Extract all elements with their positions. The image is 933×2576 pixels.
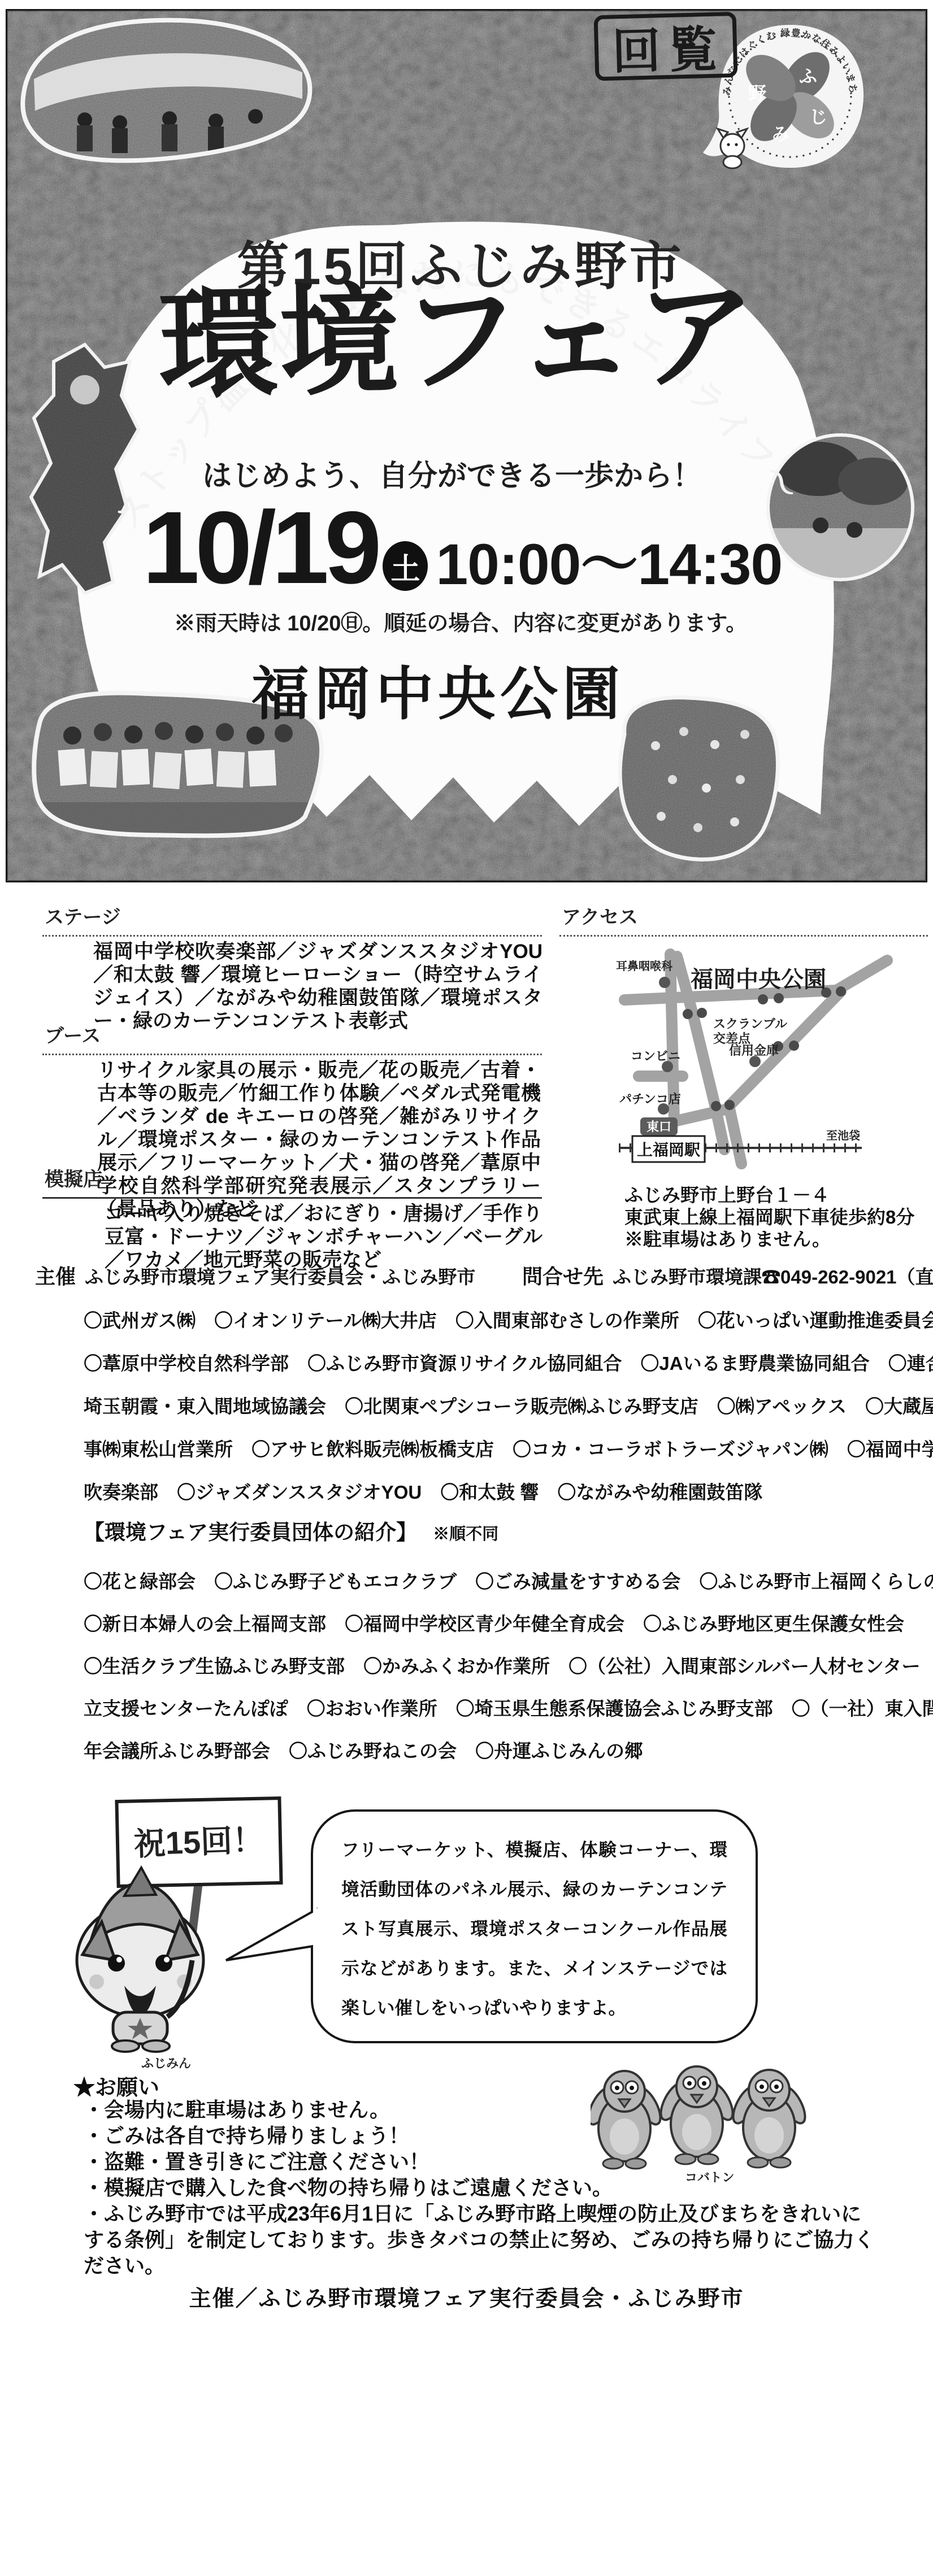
organizer-label: 主催 [35, 1265, 76, 1288]
access-heading: アクセス [559, 902, 928, 937]
mascot-speech-bubble: フリーマーケット、模擬店、体験コーナー、環境活動団体のパネル展示、緑のカーテンコ… [311, 1809, 758, 2043]
kairan-stamp: 回覧 [594, 12, 738, 81]
event-time: 10:00〜14:30 [436, 536, 782, 593]
svg-text:じ: じ [809, 107, 827, 127]
committee-heading-text: 【環境フェア実行委員団体の紹介】 [84, 1521, 417, 1544]
sponsor-line: 〇武州ガス㈱ 〇イオンリテール㈱大井店 〇入間東部むさしの作業所 〇花いっぱい運… [84, 1299, 875, 1342]
map-label-scramble: スクランブル [713, 1017, 788, 1031]
contact-info: 問合せ先ふじみ野市環境課☎049-262-9021（直通） [522, 1261, 933, 1290]
committee-note: ※順不同 [433, 1525, 498, 1543]
organizer-row: 主催ふじみ野市環境フェア実行委員会・ふじみ野市 問合せ先ふじみ野市環境課☎049… [35, 1261, 917, 1290]
map-east-exit-badge: 東口 [640, 1117, 678, 1135]
committee-heading: 【環境フェア実行委員団体の紹介】※順不同 [84, 1515, 498, 1546]
svg-text:祝15回！: 祝15回！ [133, 1822, 264, 1862]
access-map: 耳鼻咽喉科 福岡中央公園 スクランブル 交差点 信用金庫 コンビニ パチンコ店 … [565, 941, 930, 1189]
mascot-fujimin [77, 1868, 203, 2052]
event-title: 環境フェア [78, 273, 837, 406]
event-date: 10/19 [142, 496, 377, 599]
map-label-park: 福岡中央公園 [691, 967, 826, 992]
booth-heading: ブース [42, 1020, 542, 1055]
map-label-ent-clinic: 耳鼻咽喉科 [616, 959, 673, 973]
committee-line: 年会議所ふじみ野部会 〇ふじみ野ねこの会 〇舟運ふじみんの郷 [84, 1730, 875, 1772]
access-route-line: 東武東上線上福岡駅下車徒歩約8分 [624, 1206, 914, 1228]
map-station-box: 上福岡駅 [632, 1136, 705, 1162]
sponsor-line: 埼玉朝霞・東入間地域協議会 〇北関東ペプシコーラ販売㈱ふじみ野支店 〇㈱アペック… [84, 1385, 875, 1428]
sponsor-line: 〇葦原中学校自然科学部 〇ふじみ野市資源リサイクル協同組合 〇JAいるま野農業協… [84, 1342, 875, 1385]
svg-text:東口: 東口 [646, 1120, 671, 1134]
access-address: ふじみ野市上野台１－４ 東武東上線上福岡駅下車徒歩約8分 ※駐車場はありません。 [624, 1184, 914, 1250]
stage-heading: ステージ [42, 902, 542, 937]
weekday-badge: 土 [383, 541, 428, 591]
committee-list: 〇花と緑部会 〇ふじみ野子どもエコクラブ 〇ごみ減量をすすめる会 〇ふじみ野市上… [84, 1560, 875, 1772]
committee-line: 〇新日本婦人の会上福岡支部 〇福岡中学校区青少年健全育成会 〇ふじみ野地区更生保… [84, 1603, 875, 1645]
food-stalls-heading: 模擬店 [42, 1164, 542, 1199]
map-label-ikebukuro: 至池袋 [826, 1129, 860, 1142]
poster-hero: ストップ温暖化〜あなたにもできるエコライフ〜 ふ じ み 野 みんなではぐくむ … [0, 0, 933, 884]
sponsor-line: 吹奏楽部 〇ジャズダンススタジオYOU 〇和太鼓 響 〇ながみや幼稚園鼓笛隊 [84, 1471, 875, 1514]
access-address-line: ふじみ野市上野台１－４ [624, 1184, 914, 1206]
access-parking-line: ※駐車場はありません。 [624, 1228, 914, 1250]
sponsor-line: 事㈱東松山営業所 〇アサヒ飲料販売㈱板橋支店 〇コカ・コーラボトラーズジャパン㈱… [84, 1428, 875, 1471]
sponsor-list: 〇武州ガス㈱ 〇イオンリテール㈱大井店 〇入間東部むさしの作業所 〇花いっぱい運… [84, 1299, 875, 1514]
contact-label: 問合せ先 [522, 1265, 604, 1288]
date-time-row: 10/19 土 10:00〜14:30 [142, 496, 782, 599]
footer-organizer-line: 主催／ふじみ野市環境フェア実行委員会・ふじみ野市 [0, 2281, 933, 2313]
svg-text:上福岡駅: 上福岡駅 [637, 1141, 700, 1159]
svg-text:野: 野 [748, 83, 767, 103]
notice-item: ・模擬店で購入した食べ物の持ち帰りはご遠慮ください。 [84, 2175, 875, 2201]
mascot-name-caption: ふじみん [141, 2054, 191, 2072]
stage-body: 福岡中学校吹奏楽部／ジャズダンススタジオYOU ／和太鼓 響／環境ヒーローショー… [93, 940, 543, 1033]
notice-list: ・会場内に駐車場はありません。 ・ごみは各自で持ち帰りましょう！ ・盗難・置き引… [84, 2097, 875, 2279]
notice-item: ・会場内に駐車場はありません。 [84, 2097, 875, 2123]
venue-name: 福岡中央公園 [85, 649, 791, 731]
map-label-bank: 信用金庫 [729, 1043, 779, 1058]
notice-item: ・ごみは各自で持ち帰りましょう！ [84, 2123, 875, 2149]
notice-heading: ★お願い [73, 2070, 159, 2101]
map-label-pachinko: パチンコ店 [619, 1092, 681, 1106]
photo-stage-tent [23, 20, 310, 161]
contact-value: ふじみ野市環境課☎049-262-9021（直通） [613, 1267, 933, 1287]
flyer-page: ストップ温暖化〜あなたにもできるエコライフ〜 ふ じ み 野 みんなではぐくむ … [0, 0, 933, 2576]
committee-line: 立支援センターたんぽぽ 〇おおい作業所 〇埼玉県生態系保護協会ふじみ野支部 〇（… [84, 1687, 875, 1730]
poster-artwork: ストップ温暖化〜あなたにもできるエコライフ〜 ふ じ み 野 みんなではぐくむ … [0, 0, 933, 884]
notice-item: ・ふじみ野市では平成23年6月1日に「ふじみ野市路上喫煙の防止及びまちをきれいに… [84, 2201, 875, 2279]
speech-bubble-tail [225, 1905, 321, 1981]
rain-note: ※雨天時は 10/20㊐。順延の場合、内容に変更があります。 [85, 606, 836, 637]
map-label-convenience: コンビニ [631, 1049, 680, 1063]
svg-text:ふ: ふ [799, 66, 817, 86]
event-subtitle: はじめよう、自分ができる一歩から！ [85, 452, 819, 494]
organizer-value: ふじみ野市環境フェア実行委員会・ふじみ野市 [85, 1267, 475, 1287]
committee-line: 〇花と緑部会 〇ふじみ野子どもエコクラブ 〇ごみ減量をすすめる会 〇ふじみ野市上… [84, 1560, 875, 1603]
committee-line: 〇生活クラブ生協ふじみ野支部 〇かみふくおか作業所 〇（公社）入間東部シルバー人… [84, 1645, 875, 1687]
notice-item: ・盗難・置き引きにご注意ください！ [84, 2149, 875, 2175]
svg-text:み: み [772, 124, 790, 144]
